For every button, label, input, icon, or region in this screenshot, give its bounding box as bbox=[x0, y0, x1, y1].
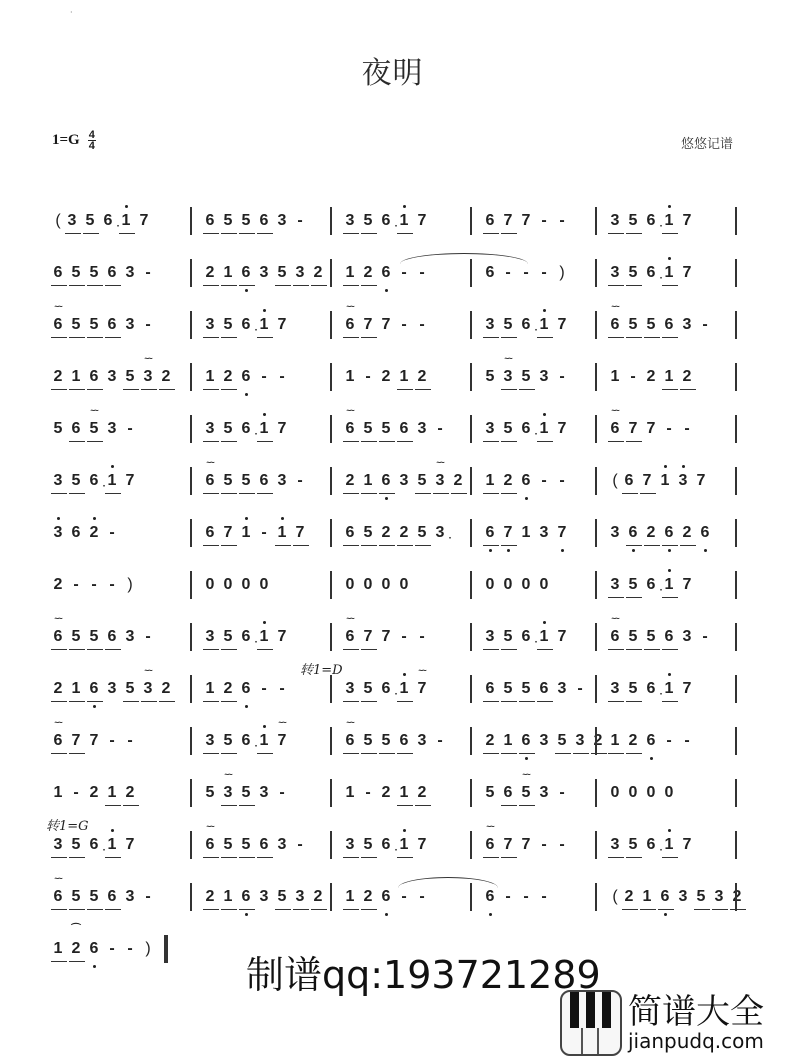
note: 6· bbox=[645, 257, 657, 283]
dash: - bbox=[258, 361, 270, 387]
note: 3 bbox=[609, 257, 621, 283]
note: 6 bbox=[520, 465, 532, 491]
note: 5~~ bbox=[520, 777, 532, 803]
note: 3 bbox=[204, 413, 216, 439]
dash: - bbox=[142, 621, 154, 647]
parenthesis: ) bbox=[142, 933, 154, 959]
measure: (356·17 bbox=[52, 205, 156, 241]
note: 7 bbox=[556, 621, 568, 647]
measure: 6~~77-- bbox=[344, 621, 434, 657]
barline bbox=[190, 519, 192, 547]
note: 6· bbox=[645, 569, 657, 595]
note: 1 bbox=[204, 673, 216, 699]
note: 5 bbox=[416, 517, 428, 543]
note: 7 bbox=[502, 829, 514, 855]
dash: - bbox=[538, 205, 550, 231]
note: 5 bbox=[70, 621, 82, 647]
note: 7 bbox=[380, 621, 392, 647]
dash: - bbox=[142, 309, 154, 335]
note: 1 bbox=[663, 673, 675, 699]
key-change-annotation: 转1=G bbox=[46, 815, 89, 834]
note: 1 bbox=[204, 361, 216, 387]
note: 3 bbox=[106, 361, 118, 387]
note: 6 bbox=[258, 205, 270, 231]
note: 2 bbox=[623, 881, 635, 907]
measure: 356·17 bbox=[204, 621, 294, 657]
note: 5 bbox=[84, 205, 96, 231]
note: 7 bbox=[70, 725, 82, 751]
note: 6~~ bbox=[204, 465, 216, 491]
note: 2 bbox=[204, 881, 216, 907]
score-line: 6~~77--356·17~~6~~5563-2163532126-- bbox=[52, 725, 737, 761]
note: 1 bbox=[538, 621, 550, 647]
note: 3 bbox=[556, 673, 568, 699]
dash: - bbox=[556, 829, 568, 855]
measure: 356·17 bbox=[484, 413, 574, 449]
dash: - bbox=[502, 881, 514, 907]
measure: 356·17 bbox=[609, 205, 699, 241]
note: 3 bbox=[124, 309, 136, 335]
score-line: 356·176~~5563-356·176~~77--356·17 bbox=[52, 829, 737, 865]
note: 1 bbox=[609, 361, 621, 387]
note: 0 bbox=[240, 569, 252, 595]
note: 3~~ bbox=[142, 673, 154, 699]
barline bbox=[735, 415, 737, 443]
note: 6~~ bbox=[52, 881, 64, 907]
note: 1 bbox=[344, 257, 356, 283]
key-signature: 1=G bbox=[52, 132, 80, 149]
note: 5 bbox=[222, 413, 234, 439]
barline bbox=[190, 727, 192, 755]
barline bbox=[190, 207, 192, 235]
note: 3 bbox=[344, 829, 356, 855]
note: 5 bbox=[380, 413, 392, 439]
note: 2 bbox=[362, 881, 374, 907]
note: 6 bbox=[380, 465, 392, 491]
dash: - bbox=[538, 465, 550, 491]
note: 0 bbox=[502, 569, 514, 595]
note: 2 bbox=[52, 673, 64, 699]
note: 5 bbox=[645, 621, 657, 647]
note: 6 bbox=[623, 465, 635, 491]
note: 2⌒ bbox=[70, 933, 82, 959]
barline bbox=[470, 727, 472, 755]
measure: 0000 bbox=[204, 569, 276, 605]
barline bbox=[190, 415, 192, 443]
measure: 216353~~2 bbox=[52, 673, 178, 709]
note: 6· bbox=[380, 205, 392, 231]
note: 0 bbox=[362, 569, 374, 595]
barline bbox=[330, 363, 332, 391]
logo-url: jianpudq.com bbox=[628, 1031, 764, 1051]
logo-name: 简谱大全 bbox=[628, 995, 764, 1029]
note: 6 bbox=[106, 881, 118, 907]
note: 7 bbox=[645, 413, 657, 439]
barline bbox=[595, 363, 597, 391]
note: 2 bbox=[88, 777, 100, 803]
note: 3 bbox=[344, 205, 356, 231]
note: 3 bbox=[574, 725, 586, 751]
note: 6~~ bbox=[344, 309, 356, 335]
barline bbox=[470, 831, 472, 859]
measure: 6~~5563- bbox=[204, 829, 312, 865]
measure: 6~~77-- bbox=[609, 413, 699, 449]
note: 6~~ bbox=[344, 725, 356, 751]
score-line: 216353~~2126--356·17~~65563-356·17 bbox=[52, 673, 737, 709]
barline bbox=[190, 675, 192, 703]
note: 3 bbox=[416, 725, 428, 751]
barline bbox=[595, 779, 597, 807]
note: 1 bbox=[240, 517, 252, 543]
note: 5 bbox=[502, 621, 514, 647]
note: 5 bbox=[362, 829, 374, 855]
score-line: 356·176~~5563-216353~~2126--(67137 bbox=[52, 465, 737, 501]
measure: 356·17 bbox=[609, 829, 699, 865]
note: 1 bbox=[222, 881, 234, 907]
note: 7 bbox=[681, 569, 693, 595]
dash: - bbox=[520, 881, 532, 907]
note: 7 bbox=[641, 465, 653, 491]
measure: 53~~53- bbox=[484, 361, 574, 397]
note: 6· bbox=[240, 309, 252, 335]
note: 6 bbox=[240, 361, 252, 387]
note: 1 bbox=[398, 777, 410, 803]
note: 0 bbox=[258, 569, 270, 595]
note: 6 bbox=[240, 257, 252, 283]
note: 5 bbox=[556, 725, 568, 751]
note: 7 bbox=[276, 309, 288, 335]
measure: 356·17 bbox=[204, 309, 294, 345]
note: 2 bbox=[502, 465, 514, 491]
note: 7 bbox=[362, 309, 374, 335]
note: 5 bbox=[240, 829, 252, 855]
measure: 356·17~~ bbox=[344, 673, 434, 709]
note: 5 bbox=[627, 621, 639, 647]
barline bbox=[595, 831, 597, 859]
score-line: 216353~~2126--1-21253~~53-1-212 bbox=[52, 361, 737, 397]
note: 6· bbox=[240, 725, 252, 751]
note: 3 bbox=[258, 777, 270, 803]
dash: - bbox=[556, 465, 568, 491]
dash: - bbox=[699, 309, 711, 335]
note: 6~~ bbox=[52, 725, 64, 751]
note: 3 bbox=[609, 569, 621, 595]
dash: - bbox=[276, 673, 288, 699]
note: 5 bbox=[240, 205, 252, 231]
note: 1 bbox=[502, 725, 514, 751]
parenthesis: ( bbox=[52, 205, 64, 231]
note: 6 bbox=[663, 621, 675, 647]
measure: 126-- bbox=[204, 673, 294, 709]
note: 6 bbox=[398, 413, 410, 439]
note: 3 bbox=[276, 829, 288, 855]
dash: - bbox=[142, 881, 154, 907]
measure: 565~~3- bbox=[484, 777, 574, 813]
note: 1 bbox=[398, 673, 410, 699]
measure: 6~~5563- bbox=[52, 621, 160, 657]
note: 6 bbox=[204, 517, 216, 543]
dash: - bbox=[142, 257, 154, 283]
note: 3~~ bbox=[434, 465, 446, 491]
note: 6 bbox=[240, 881, 252, 907]
barline bbox=[735, 779, 737, 807]
note: 5 bbox=[520, 361, 532, 387]
note: 2 bbox=[416, 361, 428, 387]
note: 5 bbox=[362, 205, 374, 231]
dash: - bbox=[276, 777, 288, 803]
note: 5 bbox=[124, 361, 136, 387]
barline bbox=[470, 779, 472, 807]
note: 7 bbox=[138, 205, 150, 231]
note: 7 bbox=[416, 829, 428, 855]
note: 3 bbox=[484, 621, 496, 647]
barline bbox=[595, 311, 597, 339]
measure: 67137 bbox=[484, 517, 574, 553]
dash: - bbox=[538, 257, 550, 283]
note: 2 bbox=[592, 725, 604, 751]
measure: 362626 bbox=[609, 517, 717, 553]
score-line: 362-671-17652253·67137362626 bbox=[52, 517, 737, 553]
note: 6 bbox=[398, 725, 410, 751]
barline bbox=[735, 883, 737, 911]
note: 7~~ bbox=[416, 673, 428, 699]
note: 1 bbox=[663, 257, 675, 283]
note: 2 bbox=[380, 361, 392, 387]
barline bbox=[470, 623, 472, 651]
barline bbox=[595, 259, 597, 287]
note: 1 bbox=[344, 361, 356, 387]
barline bbox=[190, 311, 192, 339]
score-line: 6~~5563-2163532126--6---(2163532 bbox=[52, 881, 737, 917]
measure: 565~~3- bbox=[52, 413, 142, 449]
barline bbox=[470, 363, 472, 391]
note: 6· bbox=[520, 309, 532, 335]
note: 1 bbox=[641, 881, 653, 907]
barline bbox=[330, 467, 332, 495]
note: 3 bbox=[538, 725, 550, 751]
score-line: 6~~5563-356·176~~77--356·176~~5563- bbox=[52, 309, 737, 345]
note: 2 bbox=[681, 361, 693, 387]
note: 0 bbox=[538, 569, 550, 595]
note: 1 bbox=[70, 673, 82, 699]
dash: - bbox=[362, 361, 374, 387]
barline bbox=[330, 259, 332, 287]
barline bbox=[330, 779, 332, 807]
note: 3 bbox=[276, 205, 288, 231]
note: 3 bbox=[398, 465, 410, 491]
note: 6· bbox=[520, 621, 532, 647]
barline bbox=[330, 571, 332, 599]
note: 6~~ bbox=[609, 413, 621, 439]
note: 7 bbox=[502, 517, 514, 543]
dash: - bbox=[663, 725, 675, 751]
barline bbox=[735, 519, 737, 547]
measure: 356·17 bbox=[344, 829, 434, 865]
score-line: 2---)000000000000356·17 bbox=[52, 569, 737, 605]
note: 6 bbox=[240, 673, 252, 699]
barline bbox=[735, 207, 737, 235]
note: 6~~ bbox=[52, 309, 64, 335]
measure: 356·17~~ bbox=[204, 725, 294, 761]
note: 1 bbox=[52, 933, 64, 959]
barline bbox=[470, 311, 472, 339]
note: 3 bbox=[609, 829, 621, 855]
barline bbox=[735, 675, 737, 703]
measure: 677-- bbox=[484, 205, 574, 241]
score-line: 6~~5563-356·176~~77--356·176~~5563- bbox=[52, 621, 737, 657]
dash: - bbox=[70, 569, 82, 595]
note: 5 bbox=[222, 309, 234, 335]
note: 3 bbox=[106, 673, 118, 699]
dash: - bbox=[106, 569, 118, 595]
note: 6~~ bbox=[609, 309, 621, 335]
note: 7 bbox=[556, 517, 568, 543]
note: 5 bbox=[88, 309, 100, 335]
note: 6· bbox=[520, 413, 532, 439]
note: 5 bbox=[362, 517, 374, 543]
measure: 1-212 bbox=[609, 361, 699, 397]
dash: - bbox=[699, 621, 711, 647]
note: 6 bbox=[258, 829, 270, 855]
note: 1 bbox=[258, 309, 270, 335]
note: 6 bbox=[484, 517, 496, 543]
note: 3 bbox=[538, 517, 550, 543]
dash: - bbox=[106, 517, 118, 543]
note: 1 bbox=[398, 829, 410, 855]
note: 3 bbox=[609, 673, 621, 699]
barline bbox=[190, 259, 192, 287]
note: 2 bbox=[731, 881, 743, 907]
note: 6· bbox=[645, 829, 657, 855]
note: 2 bbox=[52, 361, 64, 387]
note: 1 bbox=[258, 725, 270, 751]
note: 5 bbox=[70, 309, 82, 335]
note: 7 bbox=[380, 309, 392, 335]
barline bbox=[470, 519, 472, 547]
note: 1 bbox=[663, 569, 675, 595]
note: 6 bbox=[520, 725, 532, 751]
note: 1 bbox=[398, 361, 410, 387]
note: 0 bbox=[609, 777, 621, 803]
dash: - bbox=[556, 205, 568, 231]
barline bbox=[595, 727, 597, 755]
measure: 6~~77-- bbox=[344, 309, 434, 345]
note: 1 bbox=[520, 517, 532, 543]
note: 3 bbox=[609, 517, 621, 543]
note: 6 bbox=[484, 673, 496, 699]
note: 7 bbox=[124, 829, 136, 855]
time-signature: 4 4 bbox=[88, 130, 96, 151]
note: 6 bbox=[204, 205, 216, 231]
note: 6· bbox=[380, 829, 392, 855]
barline bbox=[595, 415, 597, 443]
note: 3 bbox=[681, 309, 693, 335]
note: 1 bbox=[52, 777, 64, 803]
note: 1 bbox=[344, 777, 356, 803]
note: 3 bbox=[258, 257, 270, 283]
dash: - bbox=[398, 621, 410, 647]
note: 6 bbox=[70, 413, 82, 439]
note: 6 bbox=[699, 517, 711, 543]
note: 3 bbox=[416, 413, 428, 439]
barline bbox=[330, 207, 332, 235]
note: 1 bbox=[362, 465, 374, 491]
measure: 2163532 bbox=[204, 257, 330, 293]
measure: 356·17 bbox=[52, 465, 142, 501]
note: 5 bbox=[502, 413, 514, 439]
measure: 356·17 bbox=[204, 413, 294, 449]
note: 6 bbox=[663, 309, 675, 335]
note: 5 bbox=[52, 413, 64, 439]
note: 5 bbox=[362, 413, 374, 439]
tie-arc bbox=[400, 253, 528, 264]
note: 6~~ bbox=[344, 621, 356, 647]
note: 3~~ bbox=[222, 777, 234, 803]
note: 7 bbox=[681, 205, 693, 231]
measure: 126-- bbox=[609, 725, 699, 761]
measure: 2163532 bbox=[484, 725, 610, 761]
measure: 65563- bbox=[52, 257, 160, 293]
note: 2 bbox=[222, 673, 234, 699]
note: 5 bbox=[70, 881, 82, 907]
note: 0 bbox=[627, 777, 639, 803]
note: 1 bbox=[663, 205, 675, 231]
dash: - bbox=[681, 413, 693, 439]
note: 5 bbox=[222, 621, 234, 647]
barline bbox=[595, 571, 597, 599]
measure: 356·17 bbox=[609, 569, 699, 605]
measure: 126-- bbox=[204, 361, 294, 397]
measure: 53~~53- bbox=[204, 777, 294, 813]
score-line: 565~~3-356·176~~5563-356·176~~77-- bbox=[52, 413, 737, 449]
barline bbox=[735, 831, 737, 859]
measure: 126-- bbox=[484, 465, 574, 501]
dash: - bbox=[663, 413, 675, 439]
note: 2 bbox=[681, 517, 693, 543]
note: 7~~ bbox=[276, 725, 288, 751]
note: 2 bbox=[312, 881, 324, 907]
note: 6· bbox=[102, 205, 114, 231]
note: 3 bbox=[609, 205, 621, 231]
note: 6 bbox=[106, 257, 118, 283]
measure: 356·17 bbox=[484, 621, 574, 657]
note: 2 bbox=[398, 517, 410, 543]
note: 6~~ bbox=[52, 621, 64, 647]
measure: 0000 bbox=[609, 777, 681, 813]
barline bbox=[330, 311, 332, 339]
note: 5 bbox=[362, 673, 374, 699]
barline bbox=[190, 571, 192, 599]
note: 0 bbox=[380, 569, 392, 595]
note: 0 bbox=[645, 777, 657, 803]
note: 3 bbox=[538, 361, 550, 387]
dash: - bbox=[124, 933, 136, 959]
barline bbox=[735, 363, 737, 391]
note: 6 bbox=[344, 517, 356, 543]
barline bbox=[190, 831, 192, 859]
note: 7 bbox=[502, 205, 514, 231]
barline bbox=[330, 831, 332, 859]
dash: - bbox=[556, 777, 568, 803]
note: 5 bbox=[276, 257, 288, 283]
piano-keys-icon bbox=[560, 990, 622, 1056]
note: 6 bbox=[88, 673, 100, 699]
note: 5 bbox=[276, 881, 288, 907]
note: 7 bbox=[695, 465, 707, 491]
note: 3 bbox=[124, 881, 136, 907]
dash: - bbox=[124, 413, 136, 439]
final-barline bbox=[164, 935, 168, 963]
